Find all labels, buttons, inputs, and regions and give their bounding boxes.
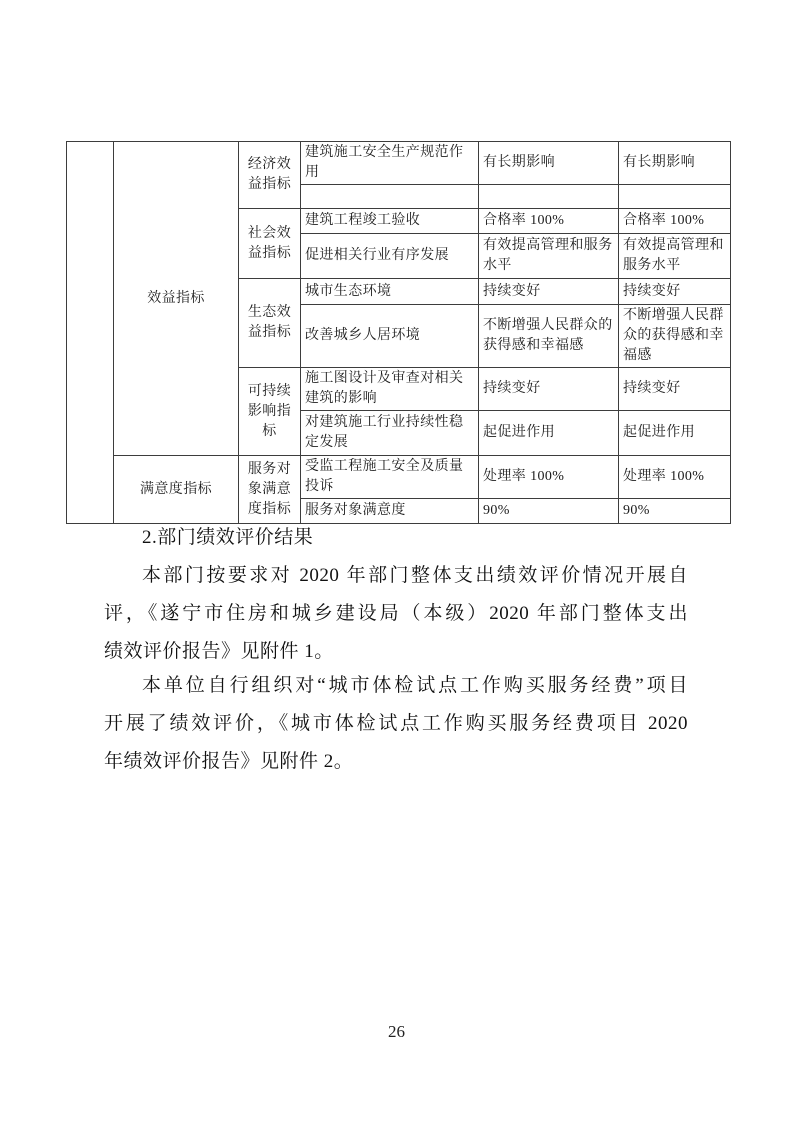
- value-b-cell: [619, 185, 731, 209]
- value-b-cell: 合格率 100%: [619, 209, 731, 234]
- value-b-cell: 不断增强人民群众的获得感和幸福感: [619, 305, 731, 368]
- indicator-cell: 受监工程施工安全及质量投诉: [301, 456, 479, 499]
- subcategory-sustainable-cell: 可持续影响指标: [239, 368, 301, 456]
- subcategory-economic-cell: 经济效益指标: [239, 142, 301, 209]
- indicator-cell: 建筑施工安全生产规范作用: [301, 142, 479, 185]
- paragraph2-line: 本单位自行组织对“城市体检试点工作购买服务经费”项目: [104, 674, 688, 697]
- value-a-cell: 有效提高管理和服务水平: [479, 234, 619, 279]
- value-b-cell: 持续变好: [619, 279, 731, 305]
- category-benefit-cell: 效益指标: [114, 142, 239, 456]
- left-spacer-cell: [67, 142, 114, 524]
- paragraph2-line: 开展了绩效评价，《城市体检试点工作购买服务经费项目 2020: [104, 712, 688, 735]
- value-a-cell: 起促进作用: [479, 411, 619, 456]
- subcategory-service-satisfaction-cell: 服务对象满意度指标: [239, 456, 301, 524]
- indicator-cell: [301, 185, 479, 209]
- subcategory-ecological-cell: 生态效益指标: [239, 279, 301, 368]
- indicator-cell: 促进相关行业有序发展: [301, 234, 479, 279]
- paragraph1-line: 绩效评价报告》见附件 1。: [104, 640, 688, 663]
- paragraph1-line: 本部门按要求对 2020 年部门整体支出绩效评价情况开展自: [104, 564, 688, 587]
- value-b-cell: 有长期影响: [619, 142, 731, 185]
- section-heading: 2.部门绩效评价结果: [104, 526, 688, 549]
- value-a-cell: 不断增强人民群众的获得感和幸福感: [479, 305, 619, 368]
- value-a-cell: 处理率 100%: [479, 456, 619, 499]
- value-a-cell: 90%: [479, 499, 619, 524]
- indicator-cell: 服务对象满意度: [301, 499, 479, 524]
- value-a-cell: [479, 185, 619, 209]
- document-page: 效益指标 经济效益指标 建筑施工安全生产规范作用 有长期影响 有长期影响 社会效…: [0, 0, 793, 1122]
- table-row: 满意度指标 服务对象满意度指标 受监工程施工安全及质量投诉 处理率 100% 处…: [67, 456, 731, 499]
- indicator-cell: 城市生态环境: [301, 279, 479, 305]
- category-satisfaction-cell: 满意度指标: [114, 456, 239, 524]
- value-b-cell: 有效提高管理和服务水平: [619, 234, 731, 279]
- value-a-cell: 持续变好: [479, 279, 619, 305]
- paragraph2-line: 年绩效评价报告》见附件 2。: [104, 750, 688, 773]
- subcategory-social-cell: 社会效益指标: [239, 209, 301, 279]
- indicator-cell: 改善城乡人居环境: [301, 305, 479, 368]
- value-a-cell: 持续变好: [479, 368, 619, 411]
- table-row: 效益指标 经济效益指标 建筑施工安全生产规范作用 有长期影响 有长期影响: [67, 142, 731, 185]
- performance-indicator-table: 效益指标 经济效益指标 建筑施工安全生产规范作用 有长期影响 有长期影响 社会效…: [66, 141, 731, 524]
- indicator-cell: 施工图设计及审查对相关建筑的影响: [301, 368, 479, 411]
- value-a-cell: 有长期影响: [479, 142, 619, 185]
- paragraph1-line: 评，《遂宁市住房和城乡建设局（本级）2020 年部门整体支出: [104, 602, 688, 625]
- value-b-cell: 90%: [619, 499, 731, 524]
- indicator-cell: 对建筑施工行业持续性稳定发展: [301, 411, 479, 456]
- indicator-cell: 建筑工程竣工验收: [301, 209, 479, 234]
- value-b-cell: 持续变好: [619, 368, 731, 411]
- value-b-cell: 起促进作用: [619, 411, 731, 456]
- page-number: 26: [0, 1022, 793, 1042]
- value-b-cell: 处理率 100%: [619, 456, 731, 499]
- value-a-cell: 合格率 100%: [479, 209, 619, 234]
